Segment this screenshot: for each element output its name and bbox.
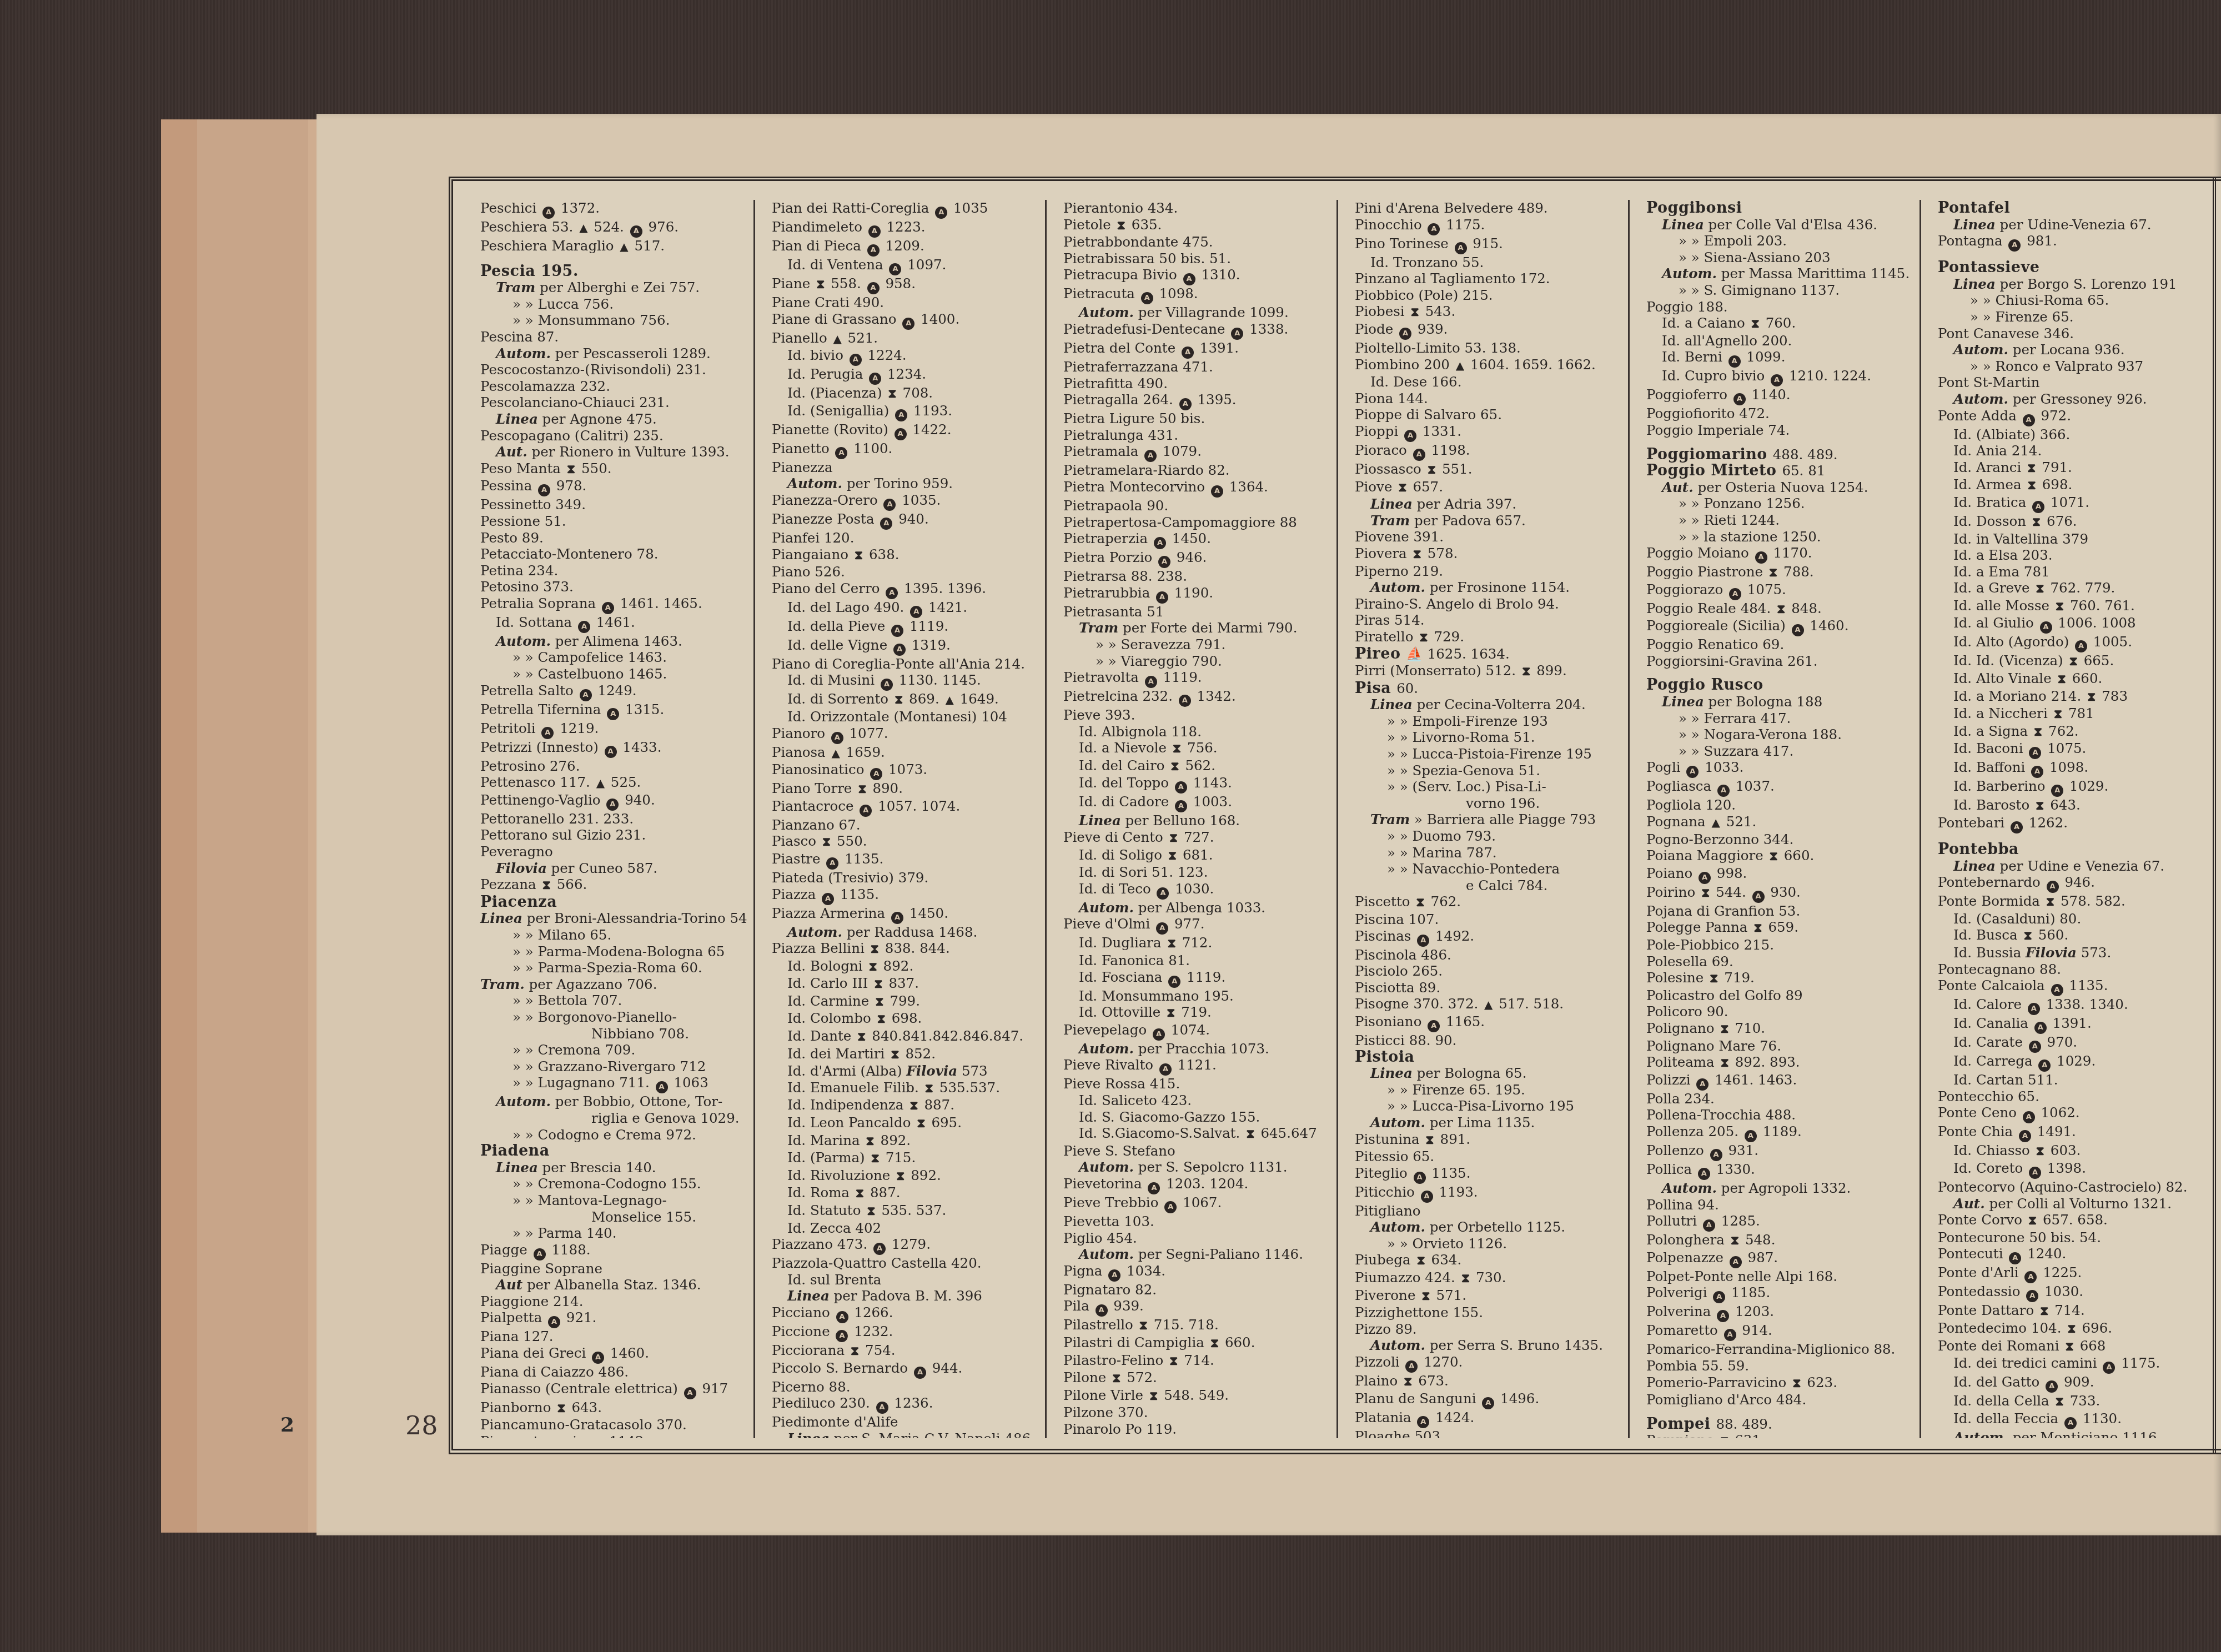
automobile-service-icon: A (935, 207, 947, 219)
automobile-service-icon: A (836, 1311, 848, 1323)
index-entry: Pontecagnano 88. (1938, 961, 2208, 978)
automobile-service-icon: A (1730, 1256, 1742, 1268)
automobile-service-icon: A (1771, 374, 1783, 386)
index-entry: » » Livorno-Roma 51. (1355, 729, 1624, 746)
index-entry: Pietrabissara 50 bis. 51. (1063, 250, 1332, 267)
index-entry: Pigna A 1034. (1063, 1263, 1332, 1282)
index-entry: Id. Carmine ⧗ 799. (772, 993, 1041, 1011)
index-entry: Ponte d'Arli A 1225. (1938, 1264, 2208, 1283)
index-entry: Pitessio 65. (1355, 1148, 1624, 1165)
automobile-service-icon: A (1175, 800, 1187, 812)
index-entry: Polverigi A 1185. (1646, 1284, 1915, 1303)
index-entry: Pianosa ▲ 1659. (772, 744, 1041, 762)
index-entry: Pollenzo A 931. (1646, 1142, 1915, 1161)
service-type-label: Autom. (1079, 1246, 1134, 1262)
automobile-service-icon: A (2023, 1111, 2035, 1123)
index-entry: Id. Cartan 511. (1938, 1072, 2208, 1088)
index-entry: Petosino 373. (480, 579, 749, 595)
index-entry: Id. Ania 214. (1938, 443, 2208, 459)
index-entry: Aut. per Osteria Nuova 1254. (1646, 479, 1915, 496)
automobile-service-icon: A (2047, 881, 2059, 893)
index-entry: Piantacroce A 1057. 1074. (772, 798, 1041, 817)
index-entry: Pogliasca A 1037. (1646, 778, 1915, 797)
index-entry: Linea per Colle Val d'Elsa 436. (1646, 217, 1915, 233)
automobile-service-icon: A (869, 373, 881, 385)
tram-stop-icon: ⧗ (1425, 1132, 1434, 1149)
index-entry: Pino Torinese A 915. (1355, 235, 1624, 254)
index-entry: Pilone Virle ⧗ 548. 549. (1063, 1387, 1332, 1405)
index-entry: Pietra Montecorvino A 1364. (1063, 479, 1332, 498)
tram-stop-icon: ⧗ (1168, 848, 1177, 865)
index-entry: Petritoli A 1219. (480, 720, 749, 739)
index-entry: Pioltello-Limito 53. 138. (1355, 340, 1624, 356)
tram-stop-icon: ⧗ (874, 976, 882, 993)
automobile-service-icon: A (2031, 766, 2043, 778)
tram-stop-icon: ⧗ (1419, 630, 1428, 646)
index-entry: Pieve S. Stefano (1063, 1143, 1332, 1159)
automobile-service-icon: A (850, 354, 862, 366)
index-entry: Polizzi A 1461. 1463. (1646, 1072, 1915, 1091)
index-entry: Pietole ⧗ 635. (1063, 217, 1332, 234)
index-column-2: Pian dei Ratti-Coreglia A 1035Piandimele… (755, 200, 1047, 1438)
index-entry: Pilzone 370. (1063, 1404, 1332, 1421)
index-entry: Id. (Piacenza) ⧗ 708. (772, 385, 1041, 403)
index-entry: Pescina 87. (480, 329, 749, 345)
service-type-label: Autom. (496, 633, 551, 649)
service-type-label: Autom. (1662, 1180, 1717, 1196)
index-entry: Id. (Albiate) 366. (1938, 426, 2208, 443)
service-type-label: Linea (1370, 696, 1413, 712)
index-entry: » » Codogno e Crema 972. (480, 1127, 749, 1143)
index-entry: Polignano Mare 76. (1646, 1038, 1915, 1055)
index-column-4: Pini d'Arena Belvedere 489.Pinocchio A 1… (1338, 200, 1630, 1438)
index-entry: Polesine ⧗ 719. (1646, 970, 1915, 987)
index-entry: Pisogne 370. 372. ▲ 517. 518. (1355, 996, 1624, 1013)
index-column-1: Peschici A 1372.Peschiera 53. ▲ 524. A 9… (464, 200, 755, 1438)
index-entry: Pescolamazza 232. (480, 378, 749, 395)
index-entry: Id. Coreto A 1398. (1938, 1160, 2208, 1179)
index-entry: Piazza Bellini ⧗ 838. 844. (772, 940, 1041, 958)
automobile-service-icon: A (1168, 976, 1180, 988)
index-entry: Pievetorina A 1203. 1204. (1063, 1176, 1332, 1194)
automobile-service-icon: A (1482, 1397, 1494, 1409)
service-type-label: Linea (1662, 694, 1704, 710)
automobile-service-icon: A (538, 484, 550, 496)
automobile-service-icon: A (880, 518, 892, 530)
tram-stop-icon: ⧗ (2036, 798, 2044, 815)
index-entry: Pietraferrazzana 471. (1063, 359, 1332, 375)
automobile-service-icon: A (836, 1330, 848, 1342)
index-entry: Autom. per Albenga 1033. (1063, 900, 1332, 916)
automobile-service-icon: A (1745, 1130, 1757, 1142)
automobile-service-icon: A (1399, 328, 1411, 340)
index-entry: Id. dei tredici camini A 1175. (1938, 1355, 2208, 1374)
index-entry: Id. di Teco A 1030. (1063, 881, 1332, 900)
index-entry: » » (Serv. Loc.) Pisa-Li- (1355, 779, 1624, 795)
tram-stop-icon: ⧗ (567, 461, 575, 478)
tram-stop-icon: ⧗ (2034, 724, 2042, 741)
index-entry: Polegge Panna ⧗ 659. (1646, 919, 1915, 937)
index-entry: Pioraco A 1198. (1355, 442, 1624, 461)
index-entry: Pessina A 978. (480, 478, 749, 496)
index-entry: Id. Marina ⧗ 892. (772, 1132, 1041, 1150)
tram-stop-icon: ⧗ (1167, 1005, 1175, 1022)
index-columns: Peschici A 1372.Peschiera 53. ▲ 524. A 9… (464, 200, 2213, 1438)
index-entry: » » Empoli-Firenze 193 (1355, 713, 1624, 730)
index-entry: Politeama ⧗ 892. 893. (1646, 1054, 1915, 1072)
index-entry: Id. dei Martiri ⧗ 852. (772, 1046, 1041, 1063)
index-entry: Pian dei Ratti-Coreglia A 1035 (772, 200, 1041, 219)
index-entry: Pilastrello ⧗ 715. 718. (1063, 1317, 1332, 1334)
index-entry: » » Castelbuono 1465. (480, 666, 749, 682)
index-entry: Pieve 393. (1063, 707, 1332, 724)
index-entry: Pinocchio A 1175. (1355, 217, 1624, 235)
index-entry: Pisciotta 89. (1355, 980, 1624, 996)
service-type-label: Tram (1370, 513, 1410, 529)
index-entry: Piangaiano ⧗ 638. (772, 546, 1041, 564)
index-entry: Piano di Coreglia-Ponte all'Ania 214. (772, 656, 1041, 672)
tram-stop-icon: ⧗ (2023, 928, 2032, 945)
index-entry: Pezzana ⧗ 566. (480, 876, 749, 894)
index-entry: Piscinas A 1492. (1355, 928, 1624, 947)
service-type-label: Linea (1370, 1065, 1413, 1081)
index-entry: Id. S. Giacomo-Gazzo 155. (1063, 1109, 1332, 1126)
automobile-service-icon: A (1405, 1360, 1418, 1373)
index-entry: Pietramala A 1079. (1063, 443, 1332, 462)
index-entry: Id. Fanonica 81. (1063, 952, 1332, 969)
index-entry: Pomerio-Parravicino ⧗ 623. (1646, 1374, 1915, 1392)
index-entry: Petrosino 276. (480, 758, 749, 775)
index-entry: Policastro del Golfo 89 (1646, 987, 1915, 1004)
index-entry: Piancamuno-Gratacasolo 370. (480, 1417, 749, 1433)
index-entry: Pontedassio A 1030. (1938, 1283, 2208, 1302)
automobile-service-icon: A (876, 1402, 888, 1414)
tram-stop-icon: ⧗ (1522, 664, 1530, 680)
service-type-label: Autom. (1079, 304, 1134, 320)
tram-stop-icon: ⧗ (875, 994, 883, 1011)
automobile-service-icon: A (831, 732, 843, 744)
index-entry: Plaino ⧗ 673. (1355, 1373, 1624, 1390)
index-entry: » » Lucca-Pisa-Livorno 195 (1355, 1098, 1624, 1114)
automobile-service-icon: A (1717, 1310, 1729, 1322)
index-entry: » » Navacchio-Pontedera (1355, 861, 1624, 877)
automobile-service-icon: A (2008, 239, 2021, 252)
index-entry: Piazza A 1135. (772, 886, 1041, 905)
index-entry: Petralia Soprana A 1461. 1465. (480, 595, 749, 614)
automobile-service-icon: A (2023, 414, 2035, 426)
index-entry: Pollina 94. (1646, 1197, 1915, 1213)
index-entry: Pieve di Cento ⧗ 727. (1063, 829, 1332, 847)
automobile-service-icon: A (2024, 1271, 2037, 1283)
automobile-service-icon: A (1145, 676, 1157, 688)
index-entry: Id. Canalia A 1391. (1938, 1015, 2208, 1034)
automobile-service-icon: A (1144, 450, 1157, 462)
automobile-service-icon: A (1698, 1168, 1710, 1180)
index-entry: Pietradefusi-Dentecane A 1338. (1063, 321, 1332, 340)
automobile-service-icon: A (1141, 292, 1153, 304)
index-entry: Poggio Reale 484. ⧗ 848. (1646, 600, 1915, 618)
index-entry: Pierantonio 434. (1063, 200, 1332, 217)
index-entry: Autom. per Gressoney 926. (1938, 391, 2208, 408)
service-type-label: Autom. (1953, 1429, 2008, 1438)
index-entry: Pieve d'Olmi A 977. (1063, 916, 1332, 935)
service-type-label: Tram (1079, 620, 1118, 636)
index-entry: » » Nogara-Verona 188. (1646, 726, 1915, 743)
index-entry: Pietrafitta 490. (1063, 375, 1332, 392)
automobile-service-icon: A (889, 263, 901, 275)
index-entry: Pianfei 120. (772, 530, 1041, 546)
index-entry: Pialpetta A 921. (480, 1309, 749, 1328)
index-entry: Pian di Pieca A 1209. (772, 238, 1041, 257)
tram-stop-icon: ⧗ (1173, 741, 1181, 757)
index-heading: Poggiomarino 488. 489. (1646, 446, 1915, 463)
tram-stop-icon: ⧗ (1416, 895, 1424, 911)
index-entry: Piscina 107. (1355, 911, 1624, 928)
steamboat-icon: ▲ (579, 220, 587, 237)
index-entry: Pianborno ⧗ 643. (480, 1399, 749, 1417)
index-entry: Pirri (Monserrato) 512. ⧗ 899. (1355, 662, 1624, 680)
tram-stop-icon: ⧗ (542, 877, 550, 894)
index-entry: Piove ⧗ 657. (1355, 479, 1624, 496)
index-entry: Autom. per Agropoli 1332. (1646, 1180, 1915, 1197)
automobile-service-icon: A (910, 606, 922, 618)
tram-stop-icon: ⧗ (871, 941, 879, 958)
tram-stop-icon: ⧗ (1149, 1388, 1158, 1405)
index-entry: Linea per Udine-Venezia 67. (1938, 217, 2208, 233)
index-entry: Piccolo S. Bernardo A 944. (772, 1360, 1041, 1379)
index-entry: Piazza Armerina A 1450. (772, 905, 1041, 924)
index-entry: Id. in Valtellina 379 (1938, 531, 2208, 548)
service-type-label: Autom. (1662, 265, 1717, 282)
automobile-service-icon: A (578, 621, 590, 633)
index-entry: Pizzo 89. (1355, 1321, 1624, 1338)
index-entry: Tram » Barriera alle Piagge 793 (1355, 811, 1624, 828)
tram-stop-icon: ⧗ (1167, 936, 1175, 952)
index-entry: Pettenasco 117. ▲ 525. (480, 774, 749, 792)
index-entry: Ponte Calcaiola A 1135. (1938, 977, 2208, 996)
automobile-service-icon: A (580, 689, 592, 701)
index-entry: Pollenza 205. A 1189. (1646, 1123, 1915, 1142)
index-entry: Poggio Piastrone ⧗ 788. (1646, 564, 1915, 581)
index-entry: Id. Busca ⧗ 560. (1938, 927, 2208, 945)
index-entry: Piana 127. (480, 1328, 749, 1345)
automobile-service-icon: A (1156, 591, 1168, 604)
index-entry: Tram per Padova 657. (1355, 513, 1624, 529)
automobile-service-icon: A (870, 768, 882, 780)
index-entry: Id. Bologni ⧗ 892. (772, 958, 1041, 976)
index-entry: Pomarico-Ferrandina-Miglionico 88. (1646, 1341, 1915, 1358)
automobile-service-icon: A (1108, 1269, 1120, 1282)
index-entry: Id. Dosson ⧗ 676. (1938, 513, 2208, 531)
index-entry: Pont St-Martin (1938, 374, 2208, 391)
automobile-service-icon: A (2046, 1380, 2058, 1393)
automobile-service-icon: A (1157, 887, 1169, 900)
index-entry: Id. Berni A 1099. (1646, 349, 1915, 368)
index-entry: Ponte Chia A 1491. (1938, 1123, 2208, 1142)
index-entry: Tram per Forte dei Marmi 790. (1063, 620, 1332, 636)
automobile-service-icon: A (1717, 785, 1730, 797)
index-entry: Id. di Sori 51. 123. (1063, 864, 1332, 881)
index-entry: Pietraperzia A 1450. (1063, 530, 1332, 549)
index-entry: Poggiorazo A 1075. (1646, 581, 1915, 600)
service-type-label: Linea (480, 910, 522, 926)
automobile-service-icon: A (891, 912, 903, 924)
tram-stop-icon: ⧗ (896, 1168, 905, 1185)
index-entry: Autom. per Orbetello 1125. (1355, 1219, 1624, 1236)
automobile-service-icon: A (822, 893, 834, 905)
index-entry: Pombia 55. 59. (1646, 1358, 1915, 1374)
index-entry: Piode A 939. (1355, 321, 1624, 340)
index-entry: Piancastagnaio A 1142. (480, 1433, 749, 1438)
index-entry: Id. Orizzontale (Montanesi) 104 (772, 709, 1041, 725)
automobile-service-icon: A (2032, 501, 2044, 513)
service-type-label: Aut. (1662, 479, 1694, 495)
index-entry: Id. del Toppo A 1143. (1063, 775, 1332, 794)
tram-stop-icon: ⧗ (1413, 546, 1421, 563)
index-entry: Pianzano 67. (772, 817, 1041, 833)
tram-stop-icon: ⧗ (2036, 581, 2044, 597)
index-entry: Piumazzo 424. ⧗ 730. (1355, 1269, 1624, 1287)
automobile-service-icon: A (867, 244, 880, 257)
automobile-service-icon: A (2029, 1041, 2041, 1053)
index-entry: Poggiorsini-Gravina 261. (1646, 653, 1915, 670)
steamboat-icon: ▲ (1712, 815, 1720, 831)
index-entry: Id. Perugia A 1234. (772, 366, 1041, 385)
index-entry: Poggio Moiano A 1170. (1646, 545, 1915, 564)
index-entry: Pizzighettone 155. (1355, 1304, 1624, 1321)
index-entry: » » Duomo 793. (1355, 828, 1624, 845)
index-entry: Autom. per Raddusa 1468. (772, 924, 1041, 941)
automobile-service-icon: A (1421, 1191, 1433, 1203)
index-entry: Pievetta 103. (1063, 1213, 1332, 1230)
index-entry: e Calci 784. (1355, 877, 1624, 894)
index-entry: Autom. per Pescasseroli 1289. (480, 345, 749, 362)
index-entry: » » Monsummano 756. (480, 312, 749, 329)
index-entry: Piedimonte d'Alife (772, 1414, 1041, 1430)
automobile-service-icon: A (895, 428, 907, 440)
index-entry: Pisoniano A 1165. (1355, 1013, 1624, 1032)
service-type-label: Aut. (496, 444, 527, 460)
index-entry: Pogno-Berzonno 344. (1646, 831, 1915, 848)
index-entry: Id. Statuto ⧗ 535. 537. (772, 1202, 1041, 1220)
index-entry: Pont Canavese 346. (1938, 325, 2208, 342)
automobile-service-icon: A (542, 207, 555, 219)
index-entry: Pievepelago A 1074. (1063, 1022, 1332, 1041)
index-entry: Piglio 454. (1063, 1230, 1332, 1247)
automobile-service-icon: A (607, 708, 619, 720)
page-number: 28 (405, 1410, 438, 1440)
index-entry: Piratello ⧗ 729. (1355, 629, 1624, 646)
automobile-service-icon: A (1417, 1416, 1429, 1428)
index-entry: Id. del Cairo ⧗ 562. (1063, 757, 1332, 775)
index-entry: Id. Monsummano 195. (1063, 988, 1332, 1005)
automobile-service-icon: A (881, 679, 893, 691)
service-type-label: Autom. (1079, 900, 1134, 916)
tram-stop-icon: ⧗ (917, 1116, 925, 1132)
index-entry: Pitigliano (1355, 1203, 1624, 1219)
index-entry: Id. della Pieve A 1119. (772, 618, 1041, 637)
index-entry: Poiano A 998. (1646, 865, 1915, 884)
service-type-label: Linea (1953, 858, 1996, 874)
steamboat-icon: ▲ (596, 775, 605, 792)
index-entry: Id. della Feccia A 1130. (1938, 1410, 2208, 1429)
index-heading: Piacenza (480, 894, 749, 911)
index-entry: » » Spezia-Genova 51. (1355, 762, 1624, 779)
index-entry: Id. Baffoni A 1098. (1938, 759, 2208, 778)
tram-stop-icon: ⧗ (1792, 1375, 1801, 1392)
index-entry: Pompiano ⧗ 631. (1646, 1432, 1915, 1438)
index-entry: Piovene 391. (1355, 529, 1624, 545)
tram-stop-icon: ⧗ (2028, 1213, 2037, 1229)
tram-stop-icon: ⧗ (1721, 1055, 1729, 1072)
index-entry: Id. del Gatto A 909. (1938, 1374, 2208, 1393)
page-edge-stack (197, 119, 309, 1533)
index-entry: Piastre A 1135. (772, 851, 1041, 870)
automobile-service-icon: A (1182, 347, 1194, 359)
automobile-service-icon: A (2011, 821, 2023, 833)
index-entry: » » Suzzara 417. (1646, 743, 1915, 760)
index-entry: Pontebernardo A 946. (1938, 874, 2208, 893)
index-entry: Autom. per Lima 1135. (1355, 1114, 1624, 1131)
index-entry: Id. Colombo ⧗ 698. (772, 1010, 1041, 1028)
index-entry: Piana di Caiazzo 486. (480, 1364, 749, 1380)
automobile-service-icon: A (1159, 1063, 1172, 1076)
tram-stop-icon: ⧗ (2036, 1143, 2044, 1160)
index-frame-right-border (2213, 177, 2221, 1454)
index-entry: Piaggine Soprane (480, 1261, 749, 1277)
index-entry: Piscinola 486. (1355, 947, 1624, 963)
tram-stop-icon: ⧗ (1416, 1253, 1425, 1269)
index-entry: Pietra Ligure 50 bis. (1063, 410, 1332, 427)
index-heading: Poggio Rusco (1646, 677, 1915, 694)
tram-stop-icon: ⧗ (816, 277, 825, 293)
index-entry: Id. sul Brenta (772, 1272, 1041, 1288)
index-entry: Id. di Soligo ⧗ 681. (1063, 847, 1332, 865)
index-entry: Pontebari A 1262. (1938, 815, 2208, 833)
index-entry: Id. all'Agnello 200. (1646, 333, 1915, 349)
automobile-service-icon: A (1724, 1329, 1736, 1341)
tram-stop-icon: ⧗ (2067, 1321, 2076, 1338)
automobile-service-icon: A (1414, 1172, 1426, 1184)
index-entry: Piccione A 1232. (772, 1323, 1041, 1342)
index-entry: Pilastri di Campiglia ⧗ 660. (1063, 1334, 1332, 1352)
index-entry: Pollutri A 1285. (1646, 1213, 1915, 1232)
service-type-label: Tram. (480, 976, 525, 992)
index-entry: Id. alle Mosse ⧗ 760. 761. (1938, 597, 2208, 615)
index-heading: Poggibonsi (1646, 200, 1915, 217)
automobile-service-icon: A (2051, 984, 2063, 996)
automobile-service-icon: A (902, 318, 914, 330)
index-entry: Piteglio A 1135. (1355, 1165, 1624, 1184)
index-entry: Polpenazze A 987. (1646, 1249, 1915, 1268)
service-type-label: Linea (1953, 217, 1996, 233)
index-entry: Piazzano 473. A 1279. (772, 1236, 1041, 1255)
index-entry: Poggio Imperiale 74. (1646, 422, 1915, 439)
index-entry: Pettinengo-Vaglio A 940. (480, 792, 749, 811)
tram-stop-icon: ⧗ (857, 1029, 866, 1046)
tram-stop-icon: ⧗ (858, 781, 866, 798)
index-entry: » » Marina 787. (1355, 845, 1624, 861)
automobile-service-icon: A (2009, 1252, 2021, 1264)
automobile-service-icon: A (1710, 1149, 1722, 1161)
index-entry: » » Lucca 756. (480, 296, 749, 313)
tram-stop-icon: ⧗ (867, 1203, 875, 1220)
index-entry: Piperno 219. (1355, 563, 1624, 580)
automobile-service-icon: A (1455, 242, 1467, 254)
index-entry: Piraino-S. Angelo di Brolo 94. (1355, 596, 1624, 612)
index-entry: Pojana di Granfion 53. (1646, 903, 1915, 920)
index-entry: Polignano ⧗ 710. (1646, 1020, 1915, 1038)
